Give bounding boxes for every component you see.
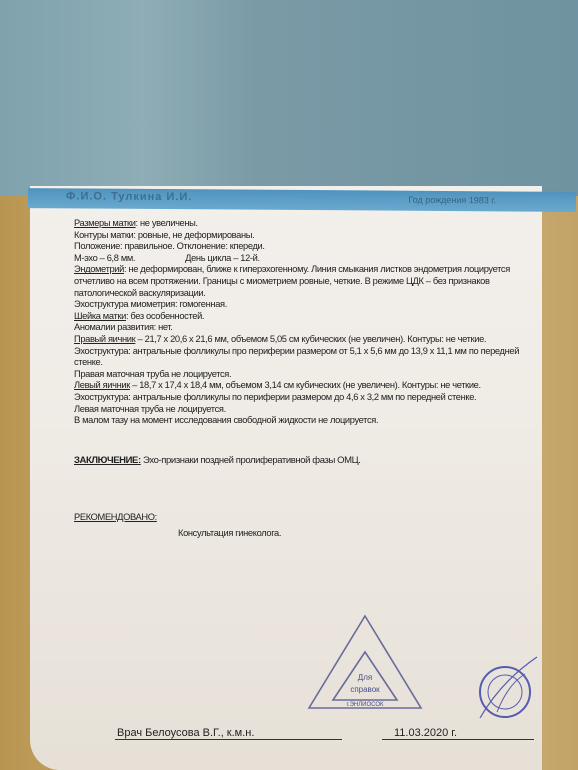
- conclusion-label: ЗАКЛЮЧЕНИЕ:: [74, 455, 141, 466]
- birth-year: Год рождения 1983 г.: [408, 195, 496, 206]
- finding-text: : без особенностей.: [126, 311, 204, 321]
- report-body: Размеры матки: не увеличены.Контуры матк…: [74, 218, 544, 539]
- finding-text: : не увеличены.: [136, 218, 198, 228]
- finding-text: : не деформирован, ближе к гиперэхогенно…: [74, 264, 510, 297]
- finding-line: Левая маточная труба не лоцируется.: [74, 404, 544, 416]
- finding-text: – 21,7 х 20,6 х 21,6 мм, объемом 5,05 см…: [135, 334, 486, 344]
- finding-line: Правая маточная труба не лоцируется.: [74, 369, 544, 381]
- finding-line: Эхоструктура: антральные фолликулы по пе…: [74, 392, 544, 404]
- triangle-stamp-icon: Для справок г.ЭНЛИОСОК: [305, 612, 425, 712]
- blue-paper-overlay: [0, 0, 578, 196]
- recommendation-label: РЕКОМЕНДОВАНО:: [74, 512, 544, 524]
- finding-line: Эхоструктура миометрия: гомогенная.: [74, 299, 544, 311]
- finding-label: Шейка матки: [74, 311, 126, 321]
- finding-line: Правый яичник – 21,7 х 20,6 х 21,6 мм, о…: [74, 334, 544, 346]
- svg-text:Для: Для: [358, 673, 372, 682]
- finding-line: Размеры матки: не увеличены.: [74, 218, 544, 230]
- finding-line: Аномалии развития: нет.: [74, 322, 544, 334]
- finding-line: Левый яичник – 18,7 х 17,4 х 18,4 мм, об…: [74, 380, 544, 392]
- finding-text: Левая маточная труба не лоцируется.: [74, 404, 226, 414]
- finding-label: Левый яичник: [74, 380, 130, 390]
- conclusion-text: Эхо-признаки поздней пролиферативной фаз…: [141, 455, 361, 466]
- svg-text:справок: справок: [350, 685, 380, 694]
- finding-text: Правая маточная труба не лоцируется.: [74, 369, 231, 379]
- finding-text: Положение: правильное. Отклонение: кпере…: [74, 241, 265, 251]
- round-seal-icon: [475, 652, 545, 722]
- finding-text: Эхоструктура миометрия: гомогенная.: [74, 299, 227, 309]
- finding-text: М-эхо – 6,8 мм.: [74, 253, 135, 263]
- recommendation-text: Консультация гинеколога.: [178, 528, 544, 540]
- finding-line: Эхоструктура: антральные фолликулы про п…: [74, 346, 544, 369]
- document-header-band: Ф.И.О. Тулкина И.И. Год рождения 1983 г.: [28, 188, 576, 212]
- doctor-signature: Врач Белоусова В.Г., к.м.н.: [115, 727, 342, 740]
- finding-line: Положение: правильное. Отклонение: кпере…: [74, 241, 544, 253]
- finding-line: Эндометрий: не деформирован, ближе к гип…: [74, 264, 544, 299]
- cycle-day: День цикла – 12-й.: [185, 253, 260, 263]
- finding-line: Контуры матки: ровные, не деформированы.: [74, 230, 544, 242]
- finding-text: Эхоструктура: антральные фолликулы про п…: [74, 346, 519, 368]
- svg-text:г.ЭНЛИОСОК: г.ЭНЛИОСОК: [346, 702, 384, 708]
- finding-text: Аномалии развития: нет.: [74, 322, 173, 332]
- finding-label: Размеры матки: [74, 218, 136, 228]
- report-date: 11.03.2020 г.: [382, 727, 534, 740]
- findings-list: Размеры матки: не увеличены.Контуры матк…: [74, 218, 544, 427]
- conclusion: ЗАКЛЮЧЕНИЕ: Эхо-признаки поздней пролифе…: [74, 455, 544, 467]
- finding-line: В малом тазу на момент исследования своб…: [74, 415, 544, 427]
- finding-text: Эхоструктура: антральные фолликулы по пе…: [74, 392, 476, 402]
- finding-line: Шейка матки: без особенностей.: [74, 311, 544, 323]
- finding-text: – 18,7 х 17,4 х 18,4 мм, объемом 3,14 см…: [130, 380, 481, 390]
- finding-label: Эндометрий: [74, 264, 124, 274]
- finding-text: Контуры матки: ровные, не деформированы.: [74, 230, 254, 240]
- finding-line: М-эхо – 6,8 мм.День цикла – 12-й.: [74, 253, 544, 265]
- finding-text: В малом тазу на момент исследования своб…: [74, 415, 378, 425]
- patient-name: Ф.И.О. Тулкина И.И.: [66, 190, 192, 203]
- finding-label: Правый яичник: [74, 334, 135, 344]
